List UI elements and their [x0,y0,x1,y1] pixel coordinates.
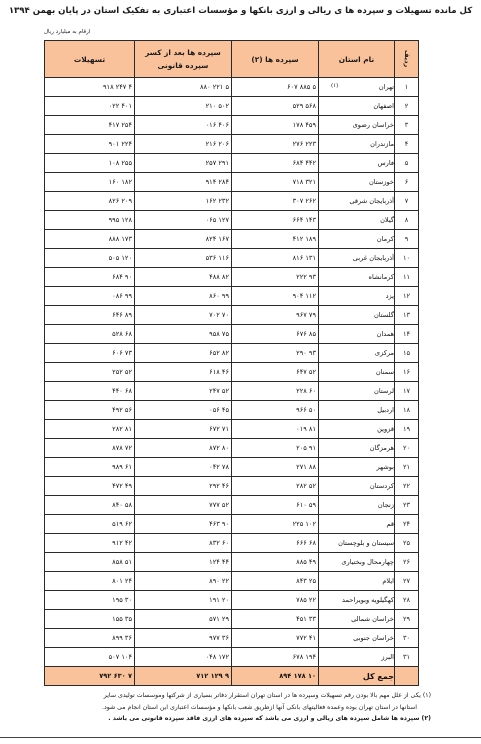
deposits-cell-value: ۵۹ ۶۱۰ [232,501,318,509]
deposits-net-cell: ۴۰۶ ۰۱۶ [135,116,232,135]
province-name: کرمان [319,230,395,249]
loans-cell: ۲۵۵ ۱۰۸ [45,154,135,173]
table-row: ۲۳زنجان۵۹ ۶۱۰۵۲ ۷۷۷۵۸ ۸۴۰ [45,496,419,515]
total-deposits-net-value: ۹ ۱۲۹ ۷۱۲ [135,672,231,680]
loans-cell: ۴۹ ۴۷۲ [45,477,135,496]
province-name: کهگیلویه وبویراحمد [319,591,395,610]
province-name: اردبیل [319,401,395,420]
loans-cell: ۱۲۰ ۵۰۵ [45,249,135,268]
header-deposits-net: سپرده ها بعد از کسر سپرده قانونی [135,41,232,78]
header-deposits: سپرده ها (۲) [232,41,319,78]
total-deposits: ۱۰ ۱۷۸ ۸۹۴ [232,667,319,686]
loans-cell: ۱۸۲ ۱۶۰ [45,173,135,192]
deposits-net-cell-value: ۲۸۴ ۹۱۴ [135,178,231,186]
row-number: ۳۰ [395,629,419,648]
deposits-net-cell-value: ۹۹ ۸۶۰ [135,292,231,300]
header-province: نام استان [319,41,395,78]
deposits-cell: ۴۵۹ ۱۷۸ [232,116,319,135]
deposits-net-cell: ۵۲ ۷۷۷ [135,496,232,515]
loans-cell-value: ۲۵۵ ۱۰۸ [45,159,134,167]
province-name: گلستان [319,306,395,325]
row-number: ۴ [395,135,419,154]
table-row: ۱۰آذربایجان غربی۱۳۱ ۸۱۶۱۱۶ ۵۳۶۱۲۰ ۵۰۵ [45,249,419,268]
loans-cell-value: ۴۰۱ ۰۲۲ [45,102,134,110]
row-number: ۵ [395,154,419,173]
province-name-text: کرمانشاه [369,273,395,281]
table-row: ۲۴قم۱۰۲ ۲۲۵۹۰ ۴۶۳۶۲ ۵۱۹ [45,515,419,534]
deposits-net-cell-value: ۴۶ ۶۱۸ [135,368,231,376]
loans-cell-value: ۲۰۹ ۸۲۶ [45,197,134,205]
total-row: جمع کل ۱۰ ۱۷۸ ۸۹۴ ۹ ۱۲۹ ۷۱۲ ۷ ۶۳۰ ۷۹۲ [45,667,419,686]
deposits-net-cell-value: ۷۸ ۰۴۲ [135,463,231,471]
table-row: ۳خراسان رضوی۴۵۹ ۱۷۸۴۰۶ ۰۱۶۲۵۴ ۴۱۷ [45,116,419,135]
header-loans: تسهیلات [45,41,135,78]
page-divider [0,737,481,738]
province-name: خراسان رضوی [319,116,395,135]
province-name: مرکزی [319,344,395,363]
row-number: ۲۶ [395,553,419,572]
deposits-net-cell: ۵ ۲۲۱ ۸۸۰ [135,78,232,97]
loans-cell: ۹۹ ۰۸۶ [45,287,135,306]
row-number: ۳ [395,116,419,135]
deposits-net-cell-value: ۵ ۲۲۱ ۸۸۰ [135,83,231,91]
header-radif: ردیف [395,41,419,78]
deposits-cell: ۹۳ ۲۹۰ [232,344,319,363]
province-name-text: زنجان [378,501,394,509]
loans-cell: ۷۲ ۸۷۸ [45,439,135,458]
loans-cell-value: ۳۶ ۸۹۹ [45,634,134,642]
deposits-net-cell-value: ۴۵ ۰۵۶ [135,406,231,414]
table-row: ۲۲کردستان۵۲ ۲۸۲۴۶ ۲۹۲۴۹ ۴۷۲ [45,477,419,496]
row-number: ۱۸ [395,401,419,420]
deposits-cell: ۸۱ ۰۱۹ [232,420,319,439]
province-name: اصفهان [319,97,395,116]
total-loans: ۷ ۶۳۰ ۷۹۲ [45,667,135,686]
footnote-2: (۲) سپرده ها شامل سپرده های ریالی و ارزی… [11,713,431,725]
row-number: ۲۲ [395,477,419,496]
table-row: ۲۸کهگیلویه وبویراحمد۲۲ ۷۸۵۲۰ ۱۹۱۳۰ ۱۹۵ [45,591,419,610]
deposits-net-cell: ۶۰ ۸۳۲ [135,534,232,553]
loans-cell: ۲۴ ۸۰۱ [45,572,135,591]
deposits-net-cell-value: ۴۴ ۱۲۴ [135,558,231,566]
deposits-net-cell-value: ۶۰ ۸۳۲ [135,539,231,547]
loans-cell-value: ۶۸ ۴۴۰ [45,387,134,395]
deposits-cell-value: ۵۶۸ ۵۲۹ [232,102,318,110]
deposits-cell: ۵۲ ۶۴۷ [232,363,319,382]
table-row: ۲۷ایلام۲۵ ۸۴۳۲۲ ۸۹۰۲۴ ۸۰۱ [45,572,419,591]
deposits-net-cell-value: ۲۰ ۱۹۱ [135,596,231,604]
table-row: ۴مازندران۲۲۳ ۲۷۶۲۰۶ ۲۱۶۲۲۴ ۹۰۱ [45,135,419,154]
table-row: ۸گیلان۱۴۳ ۶۶۴۱۲۷ ۰۶۵۱۲۸ ۹۹۵ [45,211,419,230]
table-row: ۱۸اردبیل۵۰ ۹۶۶۴۵ ۰۵۶۵۶ ۴۹۲ [45,401,419,420]
province-name-text: خراسان رضوی [353,121,394,129]
table-row: ۲۰هرمزگان۹۱ ۲۰۵۸۰ ۸۷۲۷۲ ۸۷۸ [45,439,419,458]
table-header-row: ردیف نام استان سپرده ها (۲) سپرده ها بعد… [45,41,419,78]
deposits-cell: ۵۶۸ ۵۲۹ [232,97,319,116]
loans-cell: ۶۱ ۹۸۹ [45,458,135,477]
loans-cell-value: ۲۴ ۸۰۱ [45,577,134,585]
row-number: ۱۰ [395,249,419,268]
province-name: سمنان [319,363,395,382]
deposits-net-cell: ۸۲ ۶۵۲ [135,344,232,363]
province-name: تهران(۱) [319,78,395,97]
deposits-net-cell: ۲۸۴ ۹۱۴ [135,173,232,192]
unit-note: ارقام به میلیارد ریال [44,29,90,35]
deposits-cell: ۵ ۸۸۵ ۶۰۷ [232,78,319,97]
deposits-cell: ۶۰ ۲۲۸ [232,382,319,401]
table-row: ۱۶سمنان۵۲ ۶۴۷۴۶ ۶۱۸۵۲ ۲۵۲ [45,363,419,382]
province-name: خراسان شمالی [319,610,395,629]
deposits-cell: ۱۸۹ ۴۱۲ [232,230,319,249]
province-name: آذربایجان غربی [319,249,395,268]
row-number: ۲۱ [395,458,419,477]
table-row: ۱۳گلستان۷۹ ۹۶۷۷۰ ۷۰۲۸۹ ۶۴۶ [45,306,419,325]
deposits-net-cell: ۹۰ ۴۶۳ [135,515,232,534]
deposits-net-cell-value: ۵۲ ۷۷۷ [135,501,231,509]
deposits-net-cell-value: ۵۲ ۲۴۷ [135,387,231,395]
row-number: ۶ [395,173,419,192]
loans-cell-value: ۱۲۸ ۹۹۵ [45,216,134,224]
row-number: ۷ [395,192,419,211]
loans-cell-value: ۸۹ ۶۴۶ [45,311,134,319]
deposits-cell-value: ۳۳ ۴۵۱ [232,615,318,623]
deposits-net-cell: ۷۵ ۹۵۸ [135,325,232,344]
loans-cell-value: ۱۲۰ ۵۰۵ [45,254,134,262]
deposits-cell: ۱۴۳ ۶۶۴ [232,211,319,230]
loans-cell: ۳۰ ۱۹۵ [45,591,135,610]
deposits-net-cell-value: ۲۳۲ ۱۶۲ [135,197,231,205]
province-name-text: همدان [377,330,394,338]
row-number: ۱۴ [395,325,419,344]
deposits-net-cell-value: ۷۰ ۷۰۲ [135,311,231,319]
row-number: ۲۸ [395,591,419,610]
province-name-text: کردستان [370,482,394,490]
province-name-text: خراسان جنوبی [353,634,394,642]
province-name-text: هرمزگان [370,444,394,452]
province-name: خراسان جنوبی [319,629,395,648]
deposits-net-cell: ۲۹ ۵۷۱ [135,610,232,629]
row-number: ۲۵ [395,534,419,553]
province-name-text: البرز [381,653,394,661]
deposits-net-cell-value: ۳۶ ۹۷۷ [135,634,231,642]
loans-cell: ۱۷۳ ۸۸۸ [45,230,135,249]
loans-cell-value: ۶۱ ۹۸۹ [45,463,134,471]
deposits-cell-value: ۲۶۲ ۳۰۷ [232,197,318,205]
loans-cell-value: ۵۲ ۲۵۲ [45,368,134,376]
loans-cell-value: ۹۹ ۰۸۶ [45,292,134,300]
deposits-net-cell-value: ۴۶ ۲۹۲ [135,482,231,490]
province-name: گیلان [319,211,395,230]
province-name: یزد [319,287,395,306]
loans-cell: ۵۱ ۸۵۸ [45,553,135,572]
province-name: قزوین [319,420,395,439]
deposits-cell-value: ۶۸ ۶۶۶ [232,539,318,547]
province-name: بوشهر [319,458,395,477]
loans-cell: ۴۰۱ ۰۲۲ [45,97,135,116]
deposits-cell-value: ۹۳ ۲۲۲ [232,273,318,281]
deposits-cell: ۱۱۲ ۹۰۴ [232,287,319,306]
loans-cell: ۶۸ ۵۲۸ [45,325,135,344]
table-row: ۲۹خراسان شمالی۳۳ ۴۵۱۲۹ ۵۷۱۳۵ ۱۵۵ [45,610,419,629]
loans-cell-value: ۸۱ ۲۸۲ [45,425,134,433]
province-name-text: اردبیل [377,406,394,414]
row-number: ۸ [395,211,419,230]
deposits-cell: ۵۹ ۶۱۰ [232,496,319,515]
province-name: چهارمحال وبختیاری [319,553,395,572]
loans-cell: ۶۸ ۴۴۰ [45,382,135,401]
row-number: ۱۵ [395,344,419,363]
province-name: آذربایجان شرقی [319,192,395,211]
province-name: زنجان [319,496,395,515]
deposits-cell-value: ۴۴۲ ۶۸۴ [232,159,318,167]
table-row: ۲۶چهارمحال وبختیاری۴۹ ۸۸۵۴۴ ۱۲۴۵۱ ۸۵۸ [45,553,419,572]
deposits-net-cell: ۱۱۶ ۵۳۶ [135,249,232,268]
loans-cell-value: ۱۸۲ ۱۶۰ [45,178,134,186]
loans-cell-value: ۴۲ ۹۱۲ [45,539,134,547]
deposits-net-cell: ۱۷۲ ۰۴۸ [135,648,232,667]
loans-cell-value: ۷۲ ۸۷۸ [45,444,134,452]
deposits-net-cell: ۴۵ ۰۵۶ [135,401,232,420]
table-row: ۱۲یزد۱۱۲ ۹۰۴۹۹ ۸۶۰۹۹ ۰۸۶ [45,287,419,306]
loans-cell: ۷۳ ۶۰۶ [45,344,135,363]
loans-cell: ۵۲ ۲۵۲ [45,363,135,382]
loans-cell: ۳۵ ۱۵۵ [45,610,135,629]
province-name: خوزستان [319,173,395,192]
row-number: ۹ [395,230,419,249]
deposits-net-cell: ۲۳۲ ۱۶۲ [135,192,232,211]
deposits-cell-value: ۹۱ ۲۰۵ [232,444,318,452]
deposits-net-cell: ۸۰ ۸۷۲ [135,439,232,458]
deposits-cell: ۱۳۱ ۸۱۶ [232,249,319,268]
deposits-cell-value: ۲۲ ۷۸۵ [232,596,318,604]
row-number: ۲ [395,97,419,116]
province-name: قم [319,515,395,534]
table-row: ۵فارس۴۴۲ ۶۸۴۲۹۱ ۲۵۷۲۵۵ ۱۰۸ [45,154,419,173]
province-name: فارس [319,154,395,173]
loans-cell-value: ۴ ۲۴۷ ۹۱۸ [45,83,134,91]
province-name-text: مازندران [370,140,394,148]
deposits-cell-value: ۳۲۱ ۷۱۸ [232,178,318,186]
province-name-text: سمنان [376,368,394,376]
deposits-net-cell: ۲۹۱ ۲۵۷ [135,154,232,173]
province-name-text: مرکزی [375,349,394,357]
province-name-text: قم [386,520,394,528]
province-name: ایلام [319,572,395,591]
deposits-cell: ۹۱ ۲۰۵ [232,439,319,458]
deposits-net-cell: ۲۰۶ ۲۱۶ [135,135,232,154]
row-number: ۱۶ [395,363,419,382]
deposits-net-cell: ۸۲ ۴۸۸ [135,268,232,287]
row-number: ۲۳ [395,496,419,515]
deposits-net-cell-value: ۱۱۶ ۵۳۶ [135,254,231,262]
loans-cell-value: ۱۰۴ ۵۰۷ [45,653,134,661]
table-row: ۹کرمان۱۸۹ ۴۱۲۱۶۷ ۸۲۴۱۷۳ ۸۸۸ [45,230,419,249]
table-row: ۲۵سیستان و بلوچستان۶۸ ۶۶۶۶۰ ۸۳۲۴۲ ۹۱۲ [45,534,419,553]
table-row: ۶خوزستان۳۲۱ ۷۱۸۲۸۴ ۹۱۴۱۸۲ ۱۶۰ [45,173,419,192]
loans-cell: ۴ ۲۴۷ ۹۱۸ [45,78,135,97]
province-name: البرز [319,648,395,667]
deposits-cell-value: ۸۱ ۰۱۹ [232,425,318,433]
deposits-net-cell-value: ۷۵ ۹۵۸ [135,330,231,338]
deposits-cell: ۲۲۳ ۲۷۶ [232,135,319,154]
loans-cell-value: ۵۸ ۸۴۰ [45,501,134,509]
table-row: ۲اصفهان۵۶۸ ۵۲۹۵۰۲ ۲۱۰۴۰۱ ۰۲۲ [45,97,419,116]
deposits-cell-value: ۴۱ ۷۷۲ [232,634,318,642]
province-name-text: اصفهان [373,102,394,110]
loans-cell: ۱۲۸ ۹۹۵ [45,211,135,230]
deposits-net-cell: ۲۰ ۱۹۱ [135,591,232,610]
loans-cell-value: ۶۲ ۵۱۹ [45,520,134,528]
deposits-net-cell: ۳۶ ۹۷۷ [135,629,232,648]
province-name: مازندران [319,135,395,154]
loans-cell-value: ۲۵۴ ۴۱۷ [45,121,134,129]
loans-cell: ۲۲۴ ۹۰۱ [45,135,135,154]
table-row: ۷آذربایجان شرقی۲۶۲ ۳۰۷۲۳۲ ۱۶۲۲۰۹ ۸۲۶ [45,192,419,211]
province-name: لرستان [319,382,395,401]
deposits-cell: ۶۸ ۶۶۶ [232,534,319,553]
row-number: ۱۷ [395,382,419,401]
table-body: ۱تهران(۱)۵ ۸۸۵ ۶۰۷۵ ۲۲۱ ۸۸۰۴ ۲۴۷ ۹۱۸۲اصف… [45,78,419,686]
deposits-cell-value: ۸۵ ۶۷۶ [232,330,318,338]
footnote-marker: (۱) [331,83,338,89]
deposits-net-cell: ۵۰۲ ۲۱۰ [135,97,232,116]
deposits-cell: ۱۹۴ ۶۷۸ [232,648,319,667]
table-row: ۱تهران(۱)۵ ۸۸۵ ۶۰۷۵ ۲۲۱ ۸۸۰۴ ۲۴۷ ۹۱۸ [45,78,419,97]
row-number: ۲۰ [395,439,419,458]
deposits-net-cell-value: ۱۶۷ ۸۲۴ [135,235,231,243]
loans-cell-value: ۲۲۴ ۹۰۱ [45,140,134,148]
deposits-net-cell-value: ۸۲ ۴۸۸ [135,273,231,281]
deposits-net-cell-value: ۵۰۲ ۲۱۰ [135,102,231,110]
table-row: ۳۱البرز۱۹۴ ۶۷۸۱۷۲ ۰۴۸۱۰۴ ۵۰۷ [45,648,419,667]
province-name-text: قزوین [377,425,394,433]
footnote-1-line-1: (۱) یکی از علل مهم بالا بودن رقم تسهیلات… [11,690,431,702]
deposits-net-cell: ۱۶۷ ۸۲۴ [135,230,232,249]
loans-cell-value: ۴۹ ۴۷۲ [45,482,134,490]
province-name-text: بوشهر [377,463,394,471]
deposits-cell-value: ۵۰ ۹۶۶ [232,406,318,414]
total-deposits-value: ۱۰ ۱۷۸ ۸۹۴ [232,672,318,680]
province-name-text: سیستان و بلوچستان [338,539,394,547]
province-name-text: آذربایجان غربی [353,254,394,262]
deposits-net-cell: ۴۴ ۱۲۴ [135,553,232,572]
deposits-cell-value: ۴۹ ۸۸۵ [232,558,318,566]
row-number: ۱ [395,78,419,97]
table-row: ۲۱بوشهر۸۸ ۲۷۱۷۸ ۰۴۲۶۱ ۹۸۹ [45,458,419,477]
province-name: سیستان و بلوچستان [319,534,395,553]
deposits-net-cell-value: ۱۲۷ ۰۶۵ [135,216,231,224]
deposits-net-cell: ۷۱ ۶۷۲ [135,420,232,439]
deposits-cell-value: ۵۲ ۲۸۲ [232,482,318,490]
loans-cell-value: ۶۸ ۵۲۸ [45,330,134,338]
total-deposits-net: ۹ ۱۲۹ ۷۱۲ [135,667,232,686]
deposits-cell-value: ۱۹۴ ۶۷۸ [232,653,318,661]
deposits-cell: ۴۹ ۸۸۵ [232,553,319,572]
loans-cell-value: ۹۰ ۶۸۴ [45,273,134,281]
deposits-cell: ۵۲ ۲۸۲ [232,477,319,496]
deposits-cell-value: ۱۳۱ ۸۱۶ [232,254,318,262]
loans-cell-value: ۱۷۳ ۸۸۸ [45,235,134,243]
deposits-cell: ۷۹ ۹۶۷ [232,306,319,325]
footnote-1-line-2: استانها در استان تهران بوده وعمده فعالیت… [11,702,431,714]
deposits-cell: ۱۰۲ ۲۲۵ [232,515,319,534]
province-name-text: تهران [379,83,394,91]
deposits-net-cell-value: ۹۰ ۴۶۳ [135,520,231,528]
total-label: جمع کل [319,667,395,686]
table-row: ۱۹قزوین۸۱ ۰۱۹۷۱ ۶۷۲۸۱ ۲۸۲ [45,420,419,439]
deposits-cell-value: ۷۹ ۹۶۷ [232,311,318,319]
loans-cell: ۸۹ ۶۴۶ [45,306,135,325]
province-name-text: یزد [386,292,394,300]
deposits-net-cell-value: ۴۰۶ ۰۱۶ [135,121,231,129]
loans-cell: ۱۰۴ ۵۰۷ [45,648,135,667]
loans-cell-value: ۵۶ ۴۹۲ [45,406,134,414]
table-row: ۱۵مرکزی۹۳ ۲۹۰۸۲ ۶۵۲۷۳ ۶۰۶ [45,344,419,363]
deposits-net-cell: ۷۸ ۰۴۲ [135,458,232,477]
deposits-cell-value: ۲۲۳ ۲۷۶ [232,140,318,148]
page-title: کل مانده تسهیلات و سپرده ها ی ریالی و ار… [0,6,481,16]
deposits-net-cell-value: ۸۰ ۸۷۲ [135,444,231,452]
province-name-text: ایلام [382,577,394,585]
province-name: همدان [319,325,395,344]
deposits-cell-value: ۵ ۸۸۵ ۶۰۷ [232,83,318,91]
loans-cell-value: ۵۱ ۸۵۸ [45,558,134,566]
deposits-net-cell-value: ۲۲ ۸۹۰ [135,577,231,585]
loans-cell-value: ۳۵ ۱۵۵ [45,615,134,623]
loans-cell: ۴۲ ۹۱۲ [45,534,135,553]
row-number: ۱۲ [395,287,419,306]
deposits-net-cell: ۵۲ ۲۴۷ [135,382,232,401]
row-number: ۱۹ [395,420,419,439]
deposits-cell-value: ۴۵۹ ۱۷۸ [232,121,318,129]
footnotes: (۱) یکی از علل مهم بالا بودن رقم تسهیلات… [11,690,431,725]
deposits-net-cell: ۷۰ ۷۰۲ [135,306,232,325]
row-number: ۲۷ [395,572,419,591]
loans-cell: ۲۰۹ ۸۲۶ [45,192,135,211]
deposits-cell-value: ۱۰۲ ۲۲۵ [232,520,318,528]
deposits-net-cell-value: ۸۲ ۶۵۲ [135,349,231,357]
province-name: هرمزگان [319,439,395,458]
deposits-cell-value: ۵۲ ۶۴۷ [232,368,318,376]
deposits-net-cell-value: ۷۱ ۶۷۲ [135,425,231,433]
deposits-net-cell: ۲۲ ۸۹۰ [135,572,232,591]
deposits-net-cell-value: ۲۹ ۵۷۱ [135,615,231,623]
deposits-net-cell-value: ۱۷۲ ۰۴۸ [135,653,231,661]
province-name-text: لرستان [374,387,394,395]
row-number: ۲۹ [395,610,419,629]
province-name: کردستان [319,477,395,496]
province-name-text: چهارمحال وبختیاری [341,558,394,566]
loans-cell: ۲۵۴ ۴۱۷ [45,116,135,135]
province-name-text: گلستان [374,311,394,319]
deposits-cell-value: ۱۴۳ ۶۶۴ [232,216,318,224]
province-name-text: خوزستان [369,178,394,186]
deposits-cell: ۳۲۱ ۷۱۸ [232,173,319,192]
deposits-cell: ۹۳ ۲۲۲ [232,268,319,287]
deposits-cell-value: ۱۸۹ ۴۱۲ [232,235,318,243]
loans-cell: ۸۱ ۲۸۲ [45,420,135,439]
loans-cell: ۵۶ ۴۹۲ [45,401,135,420]
province-name: کرمانشاه [319,268,395,287]
deposits-cell-value: ۸۸ ۲۷۱ [232,463,318,471]
row-number: ۲۴ [395,515,419,534]
deposits-net-cell: ۱۲۷ ۰۶۵ [135,211,232,230]
deposits-cell-value: ۲۵ ۸۴۳ [232,577,318,585]
province-name-text: کرمان [377,235,394,243]
row-number: ۱۱ [395,268,419,287]
table-row: ۳۰خراسان جنوبی۴۱ ۷۷۲۳۶ ۹۷۷۳۶ ۸۹۹ [45,629,419,648]
province-name-text: گیلان [380,216,394,224]
